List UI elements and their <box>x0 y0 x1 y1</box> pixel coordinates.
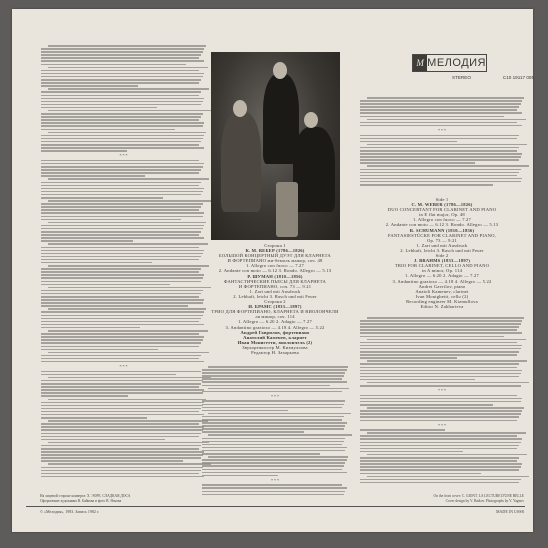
prose-line <box>41 95 199 97</box>
prose-line <box>41 342 201 344</box>
prose-line <box>360 332 522 334</box>
prose-line <box>41 107 157 109</box>
prose-line <box>41 240 133 242</box>
prose-line <box>41 426 204 428</box>
prose-line <box>41 436 199 438</box>
brand-name: МЕЛОДИЯ <box>427 57 486 69</box>
prose-line <box>41 284 170 286</box>
prose-line <box>41 147 204 149</box>
prose-line <box>48 265 210 267</box>
prose-line <box>367 454 528 456</box>
prose-line <box>41 392 203 394</box>
design-credit: Оформление художника В. Байкова и фото В… <box>40 499 240 504</box>
section-separator: * * * <box>360 423 524 428</box>
liner-notes-center-column: * * ** * * <box>202 366 348 495</box>
prose-line <box>41 386 199 388</box>
prose-line <box>202 484 342 486</box>
section-separator: * * * <box>202 394 348 399</box>
prose-line <box>202 462 345 464</box>
prose-line <box>202 459 347 461</box>
prose-line <box>41 305 188 307</box>
prose-line <box>41 54 201 56</box>
prose-line <box>360 466 521 468</box>
prose-line <box>48 287 211 289</box>
prose-line <box>41 290 203 292</box>
prose-line <box>41 144 199 146</box>
prose-line <box>41 253 203 255</box>
prose-line <box>202 447 347 449</box>
prose-line <box>41 336 204 338</box>
prose-line <box>360 416 519 418</box>
prose-line <box>41 476 204 478</box>
prose-line <box>41 79 201 81</box>
prose-line <box>48 243 208 245</box>
prose-line <box>41 268 201 270</box>
tracklist-russian: Сторона 1 К. М. ВЕБЕР (1786—1826) БОЛЬШО… <box>202 243 348 355</box>
prose-line <box>41 358 199 360</box>
prose-line <box>360 147 519 149</box>
prose-line <box>41 346 199 348</box>
prose-line <box>41 163 204 165</box>
editor-credit: Редактор Н. Захарьева <box>202 350 348 355</box>
catalog-number: C10 19117 005 <box>503 75 534 80</box>
prose-line <box>41 374 176 376</box>
prose-line <box>41 256 201 258</box>
footer-divider <box>26 506 525 507</box>
liner-notes-left-column: * * ** * * <box>41 45 206 477</box>
prose-line <box>41 175 145 177</box>
prose-line <box>202 487 347 489</box>
prose-line <box>360 479 521 481</box>
prose-line <box>41 423 199 425</box>
prose-line <box>360 150 517 152</box>
prose-line <box>202 450 345 452</box>
prose-line <box>41 402 204 404</box>
prose-line <box>202 472 347 474</box>
section-separator: * * * <box>360 388 524 393</box>
prose-line <box>367 119 526 121</box>
prose-line <box>360 169 521 171</box>
prose-line <box>360 404 493 406</box>
prose-line <box>202 407 342 409</box>
prose-line <box>367 317 524 319</box>
prose-line <box>202 465 344 467</box>
prose-line <box>41 277 203 279</box>
prose-line <box>41 349 158 351</box>
prose-line <box>202 431 304 433</box>
prose-line <box>41 315 203 317</box>
prose-line <box>41 212 204 214</box>
prose-line <box>41 371 201 373</box>
performers-photo <box>211 52 340 240</box>
prose-line <box>41 460 183 462</box>
prose-line <box>202 378 342 380</box>
prose-line <box>202 428 344 430</box>
stereo-label: STEREO <box>452 75 471 80</box>
prose-line <box>367 407 524 409</box>
prose-line <box>41 85 138 87</box>
prose-line <box>360 345 522 347</box>
prose-line <box>41 380 203 382</box>
prose-line <box>41 101 203 103</box>
prose-line <box>48 377 211 379</box>
prose-line <box>360 342 517 344</box>
prose-line <box>41 333 199 335</box>
prose-line <box>360 138 517 140</box>
prose-line <box>41 57 199 59</box>
prose-line <box>48 399 206 401</box>
prose-line <box>360 376 519 378</box>
prose-line <box>360 172 519 174</box>
liner-notes-right-lower: * * ** * * <box>360 317 524 483</box>
prose-line <box>41 125 203 127</box>
prose-line <box>41 262 152 264</box>
prose-line <box>41 271 199 273</box>
prose-line <box>202 422 347 424</box>
prose-line <box>41 454 203 456</box>
prose-line <box>41 150 127 152</box>
prose-line <box>360 100 522 102</box>
prose-line <box>208 434 353 436</box>
prose-line <box>41 135 204 137</box>
prose-line <box>360 429 445 431</box>
prose-line <box>41 417 147 419</box>
prose-line <box>41 389 204 391</box>
prose-line <box>41 160 199 162</box>
prose-line <box>360 469 519 471</box>
section-separator: * * * <box>202 478 348 483</box>
prose-line <box>41 64 186 66</box>
prose-line <box>41 194 201 196</box>
prose-line <box>360 329 517 331</box>
prose-line <box>367 476 529 478</box>
prose-line <box>41 293 201 295</box>
prose-line <box>41 60 204 62</box>
prose-line <box>41 457 201 459</box>
prose-line <box>202 372 345 374</box>
prose-line <box>41 433 201 435</box>
prose-line <box>41 247 199 249</box>
prose-line <box>41 104 201 106</box>
prose-line <box>202 381 347 383</box>
prose-line <box>41 138 203 140</box>
prose-line <box>41 445 201 447</box>
prose-line <box>41 318 201 320</box>
prose-line <box>202 369 347 371</box>
prose-line <box>360 457 519 459</box>
movement: 2. Andante con moto — 6.12 3. Rondo. All… <box>202 268 348 273</box>
prose-line <box>360 438 522 440</box>
prose-line <box>367 382 529 384</box>
prose-line <box>41 76 203 78</box>
editor-credit: Editor N. Zakharieva <box>360 304 524 309</box>
prose-line <box>41 216 203 218</box>
prose-line <box>360 398 522 400</box>
prose-line <box>48 442 210 444</box>
prose-line <box>41 129 175 131</box>
prose-line <box>41 219 181 221</box>
prose-line <box>202 425 345 427</box>
prose-line <box>202 453 320 455</box>
prose-line <box>41 116 201 118</box>
liner-notes-right-upper: * * * <box>360 97 524 186</box>
prose-line <box>41 473 199 475</box>
prose-line <box>202 404 344 406</box>
prose-line <box>360 181 521 183</box>
prose-line <box>202 375 344 377</box>
prose-line <box>41 411 199 413</box>
prose-line <box>48 110 211 112</box>
prose-line <box>41 361 204 363</box>
prose-line <box>48 132 206 134</box>
prose-line <box>360 162 475 164</box>
prose-line <box>367 165 529 167</box>
prose-line <box>367 360 528 362</box>
prose-line <box>41 141 201 143</box>
made-in-ussr: MADE IN USSR <box>452 510 524 515</box>
prose-line <box>41 98 204 100</box>
prose-line <box>41 324 204 326</box>
section-separator: * * * <box>41 364 206 369</box>
prose-line <box>360 351 519 353</box>
prose-line <box>360 184 493 186</box>
prose-line <box>41 259 199 261</box>
prose-line <box>202 438 345 440</box>
prose-line <box>202 391 342 393</box>
prose-line <box>41 395 128 397</box>
prose-line <box>41 439 165 441</box>
prose-line <box>48 463 211 465</box>
prose-line <box>41 73 204 75</box>
prose-line <box>202 416 344 418</box>
prose-line <box>48 352 210 354</box>
prose-line <box>202 441 344 443</box>
prose-line <box>41 429 203 431</box>
prose-line <box>41 70 199 72</box>
prose-line <box>41 448 199 450</box>
prose-line <box>48 222 206 224</box>
prose-line <box>41 470 201 472</box>
prose-line <box>41 237 204 239</box>
prose-line <box>41 182 201 184</box>
prose-line <box>41 234 199 236</box>
section-separator: * * * <box>360 128 524 133</box>
prose-line <box>360 141 457 143</box>
footer-credits-en: On the front cover: C. GIONT. LA LECTURE… <box>342 494 524 503</box>
prose-line <box>360 320 522 322</box>
prose-line <box>360 445 519 447</box>
prose-line <box>48 200 211 202</box>
prose-line <box>360 135 519 137</box>
prose-line <box>360 370 522 372</box>
prose-line <box>208 388 350 390</box>
prose-line <box>208 366 348 368</box>
prose-line <box>41 250 204 252</box>
prose-line <box>41 185 199 187</box>
prose-line <box>208 413 351 415</box>
prose-line <box>41 405 203 407</box>
prose-line <box>360 159 519 161</box>
prose-line <box>360 178 522 180</box>
design-credit: Cover design by V. Baikov. Photographs b… <box>342 499 524 504</box>
prose-line <box>360 363 519 365</box>
copyright: © «Мелодия», 1983. Запись 1982 г. <box>40 510 99 515</box>
prose-line <box>360 420 517 422</box>
prose-line <box>202 419 342 421</box>
prose-line <box>360 379 475 381</box>
prose-line <box>367 339 526 341</box>
prose-line <box>360 323 521 325</box>
prose-line <box>367 432 526 434</box>
prose-line <box>202 400 345 402</box>
prose-line <box>367 97 524 99</box>
prose-line <box>360 435 517 437</box>
prose-line <box>208 456 348 458</box>
prose-line <box>48 308 206 310</box>
prose-line <box>360 448 517 450</box>
prose-line <box>360 112 522 114</box>
prose-line <box>360 354 517 356</box>
prose-line <box>360 326 519 328</box>
prose-line <box>360 336 504 338</box>
prose-line <box>360 413 521 415</box>
prose-line <box>41 172 199 174</box>
prose-line <box>41 166 203 168</box>
prose-line <box>48 178 210 180</box>
prose-line <box>41 302 203 304</box>
prose-line <box>41 355 201 357</box>
prose-line <box>48 420 208 422</box>
prose-line <box>41 467 203 469</box>
prose-line <box>360 153 522 155</box>
prose-line <box>48 330 208 332</box>
prose-line <box>360 106 519 108</box>
prose-line <box>360 156 521 158</box>
prose-line <box>360 482 519 484</box>
prose-line <box>48 45 206 47</box>
footer-credits-ru: На лицевой стороне конверта: Х. ЭОРЕ. СЛ… <box>40 494 240 503</box>
prose-line <box>41 91 201 93</box>
prose-line <box>41 296 199 298</box>
prose-line <box>360 401 521 403</box>
prose-line <box>360 116 504 118</box>
prose-line <box>360 442 521 444</box>
prose-line <box>360 385 521 387</box>
prose-line <box>202 469 342 471</box>
prose-line <box>360 410 522 412</box>
prose-line <box>202 410 288 412</box>
prose-line <box>360 125 522 127</box>
prose-line <box>360 451 463 453</box>
prose-line <box>41 321 199 323</box>
prose-line <box>41 451 204 453</box>
prose-line <box>360 357 457 359</box>
prose-line <box>41 122 204 124</box>
album-back-cover: * * ** * * Сторона 1 К. М. ВЕБЕР (1786—1… <box>12 9 533 532</box>
prose-line <box>41 48 204 50</box>
prose-line <box>48 88 210 90</box>
prose-line <box>41 197 163 199</box>
prose-line <box>41 203 203 205</box>
prose-line <box>41 209 199 211</box>
prose-line <box>41 228 203 230</box>
prose-line <box>41 274 204 276</box>
prose-line <box>41 169 201 171</box>
prose-line <box>41 119 199 121</box>
prose-line <box>202 491 345 493</box>
prose-line <box>360 473 481 475</box>
prose-line <box>360 460 517 462</box>
catalog-info: STEREO C10 19117 005 <box>452 75 534 80</box>
prose-line <box>41 281 201 283</box>
prose-line <box>202 475 278 477</box>
prose-line <box>360 109 517 111</box>
prose-line <box>360 122 517 124</box>
prose-line <box>41 339 203 341</box>
prose-line <box>202 385 330 387</box>
prose-line <box>367 144 528 146</box>
prose-line <box>48 67 208 69</box>
prose-line <box>41 311 204 313</box>
prose-line <box>41 231 201 233</box>
prose-line <box>41 206 201 208</box>
melodiya-logo: M МЕЛОДИЯ <box>412 54 487 72</box>
prose-line <box>41 188 204 190</box>
prose-line <box>360 395 517 397</box>
prose-line <box>41 82 199 84</box>
prose-line <box>41 51 203 53</box>
prose-line <box>41 383 201 385</box>
prose-line <box>41 414 204 416</box>
prose-line <box>41 299 204 301</box>
prose-line <box>41 225 204 227</box>
prose-line <box>360 367 517 369</box>
prose-line <box>360 373 521 375</box>
tracklist-english: Side 1 C. M. WEBER (1786—1826) DUO CONCE… <box>360 197 524 309</box>
prose-line <box>41 113 203 115</box>
melodiya-logo-mark-icon: M <box>413 55 427 71</box>
prose-line <box>41 327 140 329</box>
prose-line <box>360 348 521 350</box>
prose-line <box>41 191 203 193</box>
prose-line <box>360 103 521 105</box>
prose-line <box>360 463 522 465</box>
section-separator: * * * <box>41 153 206 158</box>
prose-line <box>41 408 201 410</box>
prose-line <box>202 444 342 446</box>
prose-line <box>360 175 517 177</box>
